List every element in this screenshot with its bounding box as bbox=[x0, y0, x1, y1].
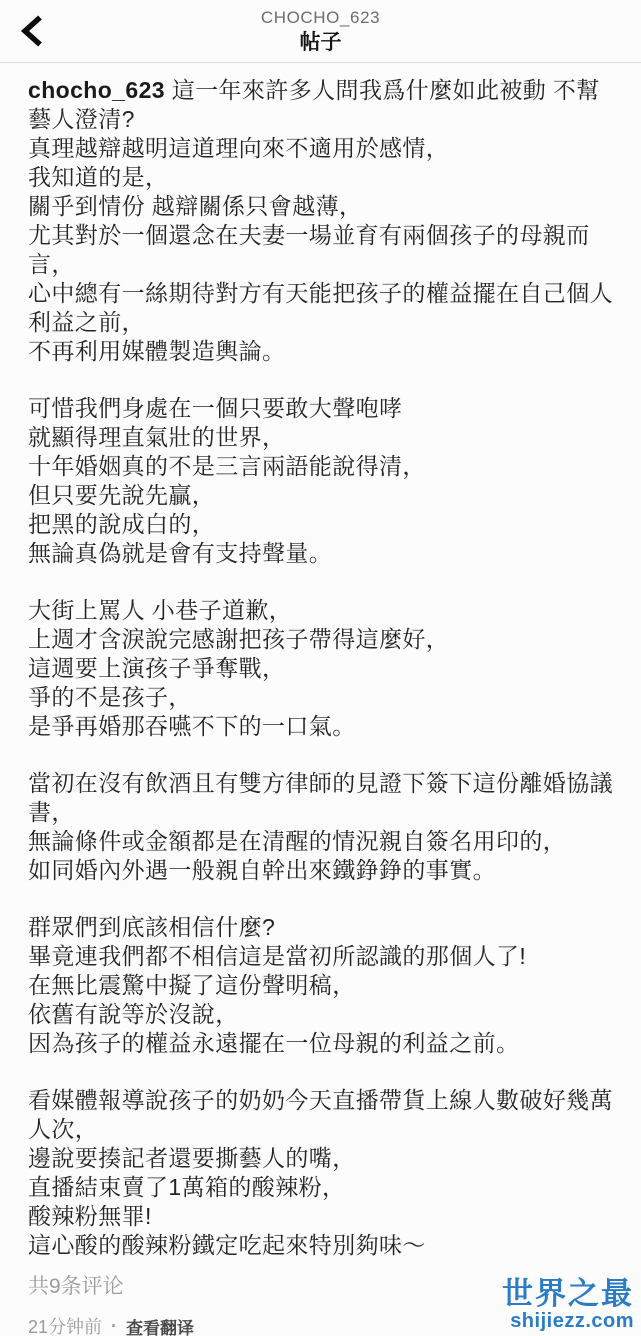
post-line: 不再利用媒體製造輿論。 bbox=[28, 337, 615, 366]
post-paragraph: 大街上罵人 小巷子道歉，上週才含淚說完感謝把孩子帶得這麼好，這週要上演孩子爭奪戰… bbox=[28, 596, 615, 741]
post-body: chocho_623 這一年來許多人問我爲什麼如此被動 不幫藝人澄清?真理越辯越… bbox=[0, 63, 641, 1260]
post-line: 十年婚姻真的不是三言兩語能說得清， bbox=[28, 452, 615, 481]
post-line: 我知道的是， bbox=[28, 163, 615, 192]
post-line: 大街上罵人 小巷子道歉， bbox=[28, 596, 615, 625]
post-paragraph: 可惜我們身處在一個只要敢大聲咆哮就顯得理直氣壯的世界，十年婚姻真的不是三言兩語能… bbox=[28, 394, 615, 568]
post-line: 因為孩子的權益永遠擺在一位母親的利益之前。 bbox=[28, 1029, 615, 1058]
post-line: 把黑的說成白的， bbox=[28, 510, 615, 539]
post-paragraph: 群眾們到底該相信什麼?畢竟連我們都不相信這是當初所認識的那個人了!在無比震驚中擬… bbox=[28, 913, 615, 1058]
post-paragraph: chocho_623 這一年來許多人問我爲什麼如此被動 不幫藝人澄清?真理越辯越… bbox=[28, 76, 615, 366]
post-line: 如同婚內外遇一般親自幹出來鐵錚錚的事實。 bbox=[28, 856, 615, 885]
post-line: 爭的不是孩子， bbox=[28, 683, 615, 712]
post-line: 邊說要揍記者還要撕藝人的嘴， bbox=[28, 1144, 615, 1173]
post-detail-screen: CHOCHO_623 帖子 chocho_623 這一年來許多人問我爲什麼如此被… bbox=[0, 0, 641, 1336]
post-line: 可惜我們身處在一個只要敢大聲咆哮 bbox=[28, 394, 615, 423]
post-line: 心中總有一絲期待對方有天能把孩子的權益擺在自己個人利益之前， bbox=[28, 279, 615, 337]
post-line: 酸辣粉無罪! bbox=[28, 1202, 615, 1231]
post-meta-row: 21分钟前 · 查看翻译 bbox=[0, 1300, 641, 1336]
post-line: 看媒體報導說孩子的奶奶今天直播帶貨上線人數破好幾萬人次， bbox=[28, 1086, 615, 1144]
back-chevron-icon bbox=[19, 14, 45, 51]
back-button[interactable] bbox=[12, 10, 52, 54]
header-account-name: CHOCHO_623 bbox=[0, 8, 641, 28]
post-line: chocho_623 這一年來許多人問我爲什麼如此被動 不幫藝人澄清? bbox=[28, 76, 615, 134]
post-line: 畢竟連我們都不相信這是當初所認識的那個人了! bbox=[28, 942, 615, 971]
post-line: 關乎到情份 越辯關係只會越薄， bbox=[28, 192, 615, 221]
post-line: 就顯得理直氣壯的世界， bbox=[28, 423, 615, 452]
dot-separator: · bbox=[111, 1316, 117, 1336]
post-line: 群眾們到底該相信什麼? bbox=[28, 913, 615, 942]
post-line: 但只要先說先贏， bbox=[28, 481, 615, 510]
post-line: 在無比震驚中擬了這份聲明稿， bbox=[28, 971, 615, 1000]
post-line: 當初在沒有飲酒且有雙方律師的見證下簽下這份離婚協議書， bbox=[28, 769, 615, 827]
post-line: 尤其對於一個還念在夫妻一場並育有兩個孩子的母親而言， bbox=[28, 221, 615, 279]
post-line: 這週要上演孩子爭奪戰， bbox=[28, 654, 615, 683]
post-line: 是爭再婚那吞嚥不下的一口氣。 bbox=[28, 712, 615, 741]
post-line: 直播結束賣了1萬箱的酸辣粉， bbox=[28, 1173, 615, 1202]
comments-count[interactable]: 共9条评论 bbox=[0, 1260, 641, 1300]
post-line: 無論真偽就是會有支持聲量。 bbox=[28, 539, 615, 568]
header-bar: CHOCHO_623 帖子 bbox=[0, 0, 641, 63]
post-paragraph: 當初在沒有飲酒且有雙方律師的見證下簽下這份離婚協議書，無論條件或金額都是在清醒的… bbox=[28, 769, 615, 885]
post-line: 無論條件或金額都是在清醒的情況親自簽名用印的， bbox=[28, 827, 615, 856]
post-author-username[interactable]: chocho_623 bbox=[28, 77, 165, 103]
page-title: 帖子 bbox=[0, 30, 641, 56]
post-line: 這心酸的酸辣粉鐵定吃起來特別夠味～ bbox=[28, 1231, 615, 1260]
timestamp: 21分钟前 bbox=[28, 1313, 102, 1336]
post-line: 真理越辯越明這道理向來不適用於感情， bbox=[28, 134, 615, 163]
see-translation-link[interactable]: 查看翻译 bbox=[126, 1314, 194, 1336]
post-line: 上週才含淚說完感謝把孩子帶得這麼好， bbox=[28, 625, 615, 654]
post-paragraph: 看媒體報導說孩子的奶奶今天直播帶貨上線人數破好幾萬人次，邊說要揍記者還要撕藝人的… bbox=[28, 1086, 615, 1260]
post-line: 依舊有說等於沒說， bbox=[28, 1000, 615, 1029]
